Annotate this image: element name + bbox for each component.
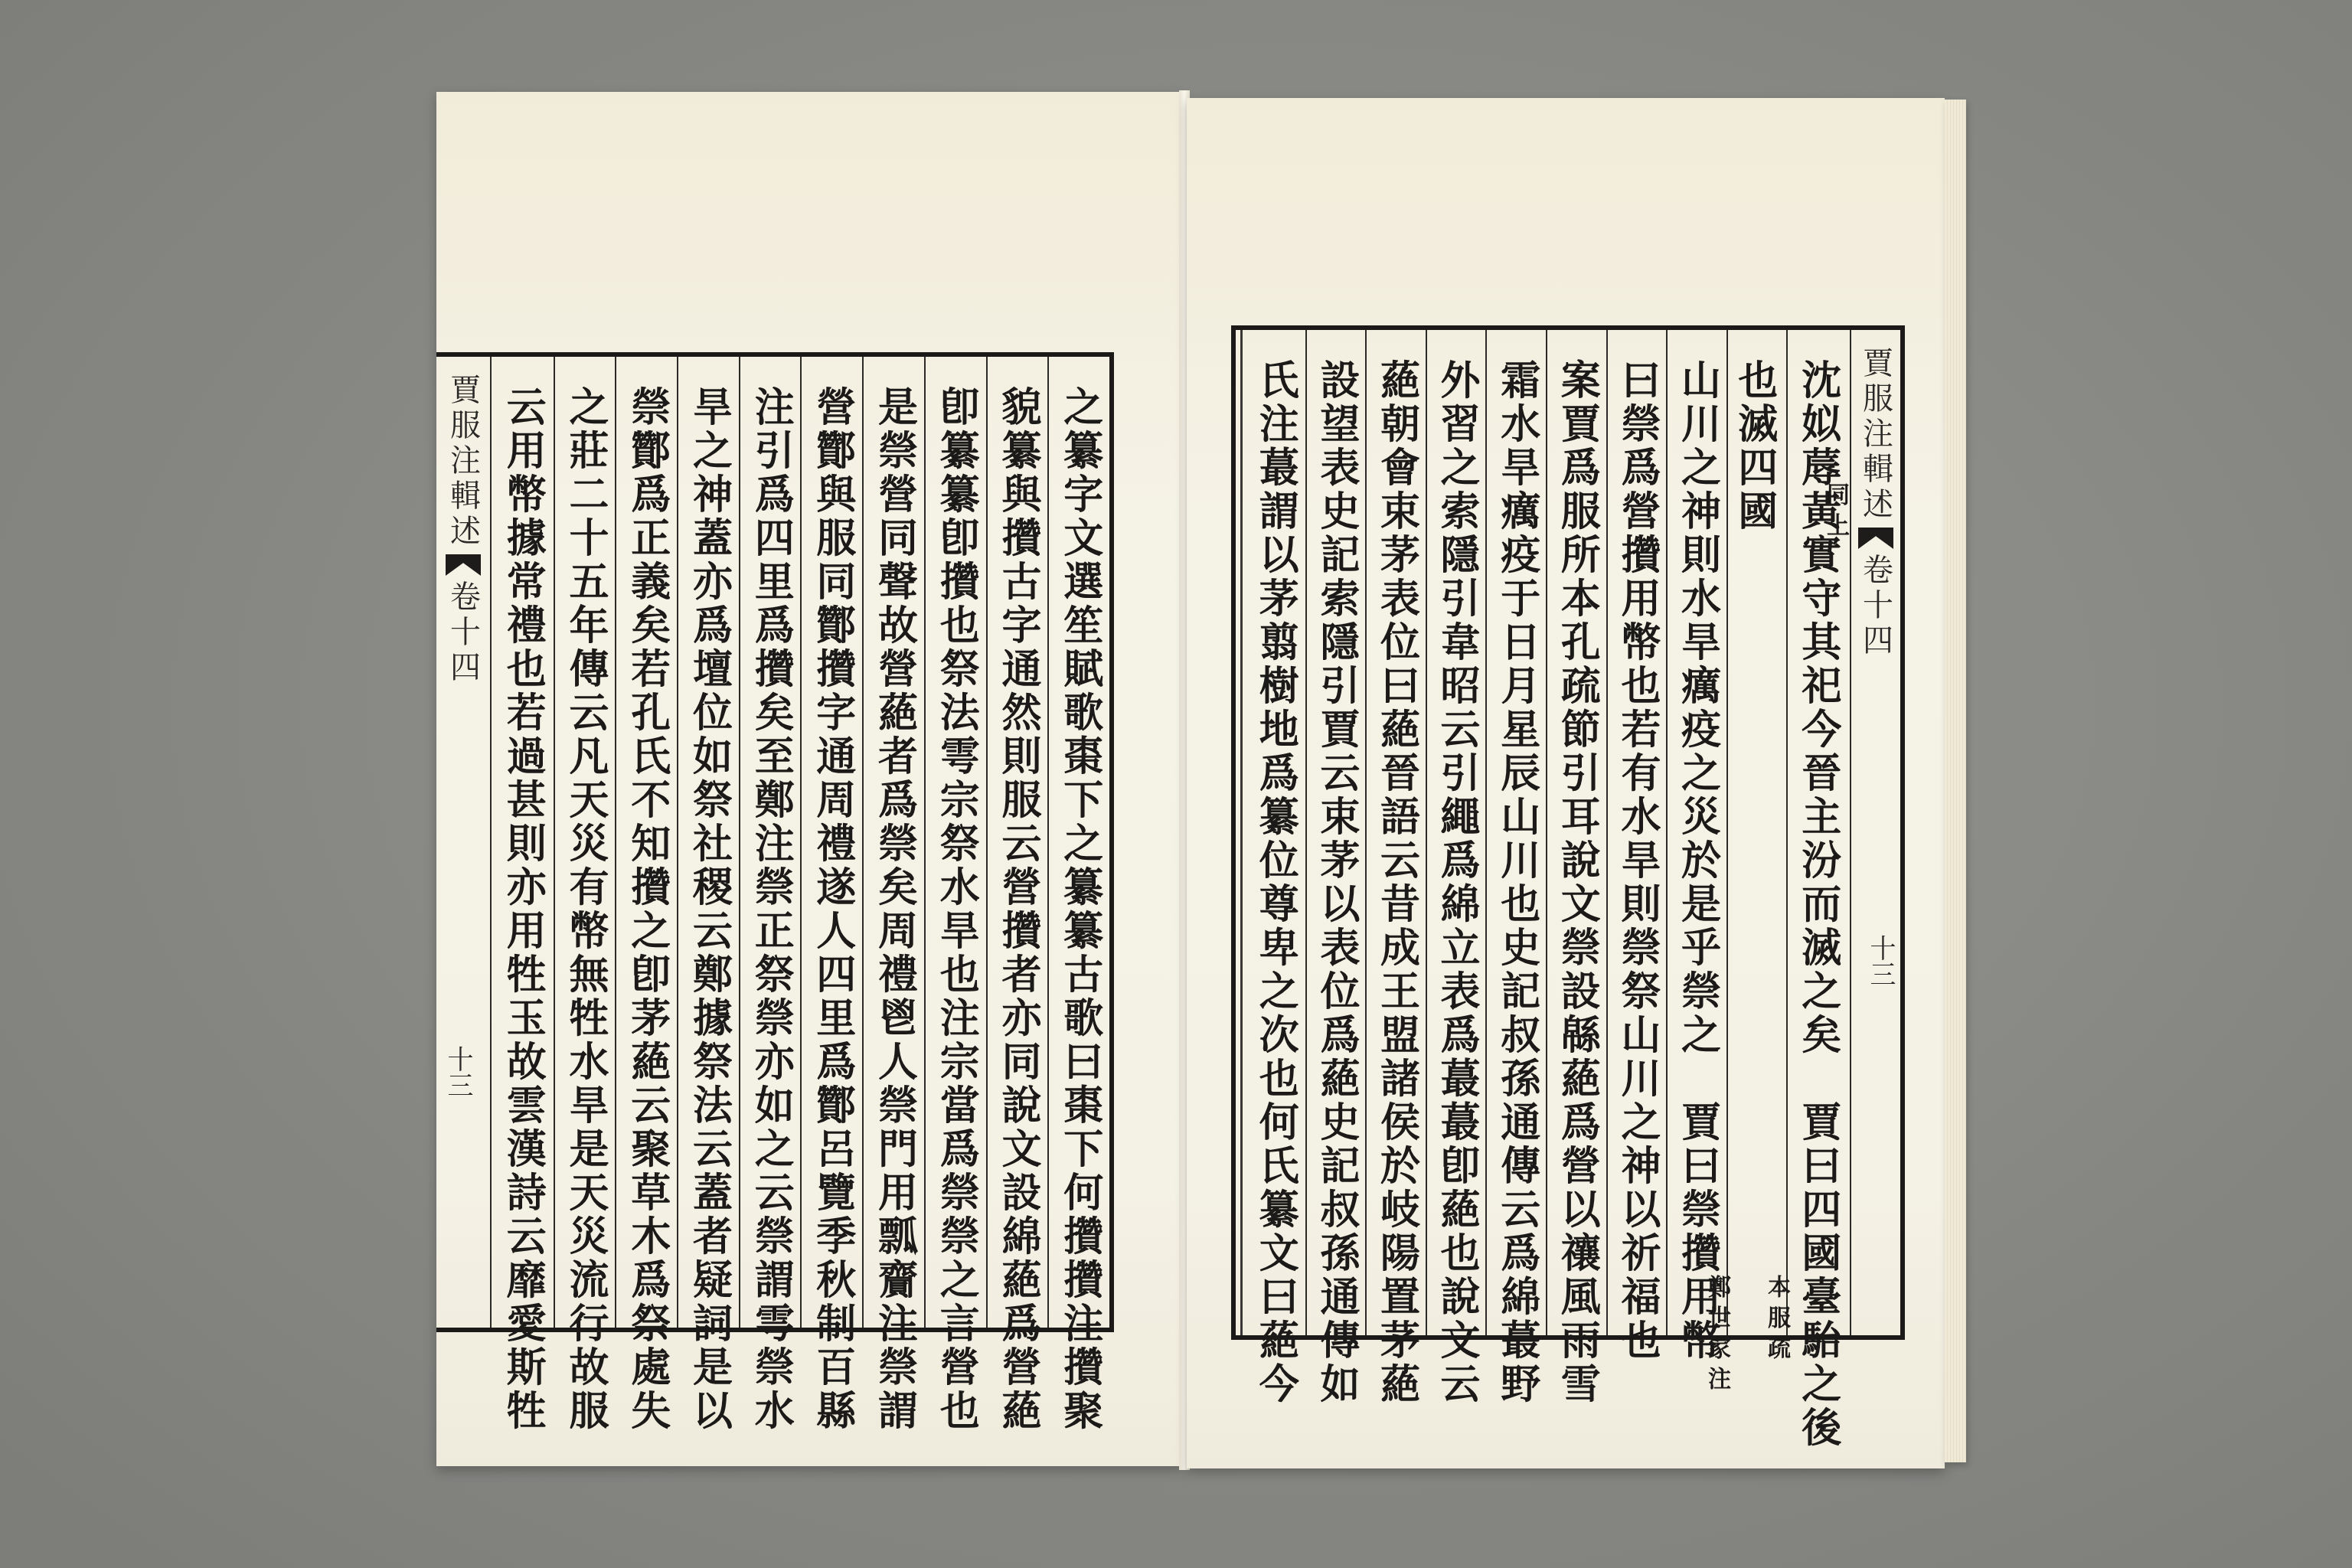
right-banxin-volume: 卷十四 — [1854, 554, 1898, 659]
text-column: 蕝朝會束茅表位曰蕝晉語云昔成王盟諸侯於岐陽置茅蕝 — [1365, 330, 1426, 1335]
right-banxin-title: 賈服注輯述 — [1854, 347, 1898, 523]
annotation-note: 本服疏 — [1759, 1275, 1793, 1367]
text-column: 是禜營同聲故營蕝者爲禜矣周禮鬯人禜門用瓢齎注禜謂 — [862, 357, 924, 1328]
text-column: 案賈爲服所本孔疏節引耳說文禜設緜蕝爲營以禳風雨雪 — [1546, 330, 1606, 1335]
left-banxin-title: 賈服注輯述 — [442, 374, 485, 550]
left-text-columns: 之纂字文選笙賦歌棗下之纂纂古歌曰棗下何攢攢注攢聚 貌纂與攢古字通然則服云營攢者亦… — [492, 357, 1109, 1328]
page-stack-edge — [1945, 100, 1966, 1462]
text-column: 也滅四國 — [1726, 330, 1787, 1335]
text-column: 禜酇爲正義矣若孔氏不知攢之卽茅蕝云聚草木爲祭處失 — [615, 357, 677, 1328]
left-page-text-frame: 賈服注輯述 卷十四 十三 之纂字文選笙賦歌棗下之纂纂古歌曰棗下何攢攢注攢聚 貌纂… — [436, 352, 1114, 1332]
left-banxin-page-number: 十三 — [439, 1046, 477, 1098]
text-column: 注引爲四里爲攢矣至鄭注禜正祭禜亦如之云禜謂雩禜水 — [739, 357, 801, 1328]
text-column: 山川之神則水旱癘疫之災於是乎禜之 賈曰禜攢用幣 — [1666, 330, 1726, 1335]
left-banxin: 賈服注輯述 卷十四 十三 — [436, 357, 492, 1328]
text-column: 營酇與服同酇攢字通周禮遂人四里爲酇呂覽季秋制百縣 — [800, 357, 862, 1328]
annotation-note: 同上 — [1818, 482, 1852, 544]
right-text-columns: 沈姒蓐黃實守其祀今晉主汾而滅之矣 賈曰四國臺駘之後 也滅四國 山川之神則水旱癘疫… — [1245, 330, 1847, 1335]
text-column: 氏注蕞謂以茅翦樹地爲纂位尊卑之次也何氏纂文曰蕝今 — [1245, 330, 1305, 1335]
left-banxin-volume: 卷十四 — [442, 580, 485, 686]
text-column: 設望表史記索隱引賈云束茅以表位爲蕝史記叔孫通傳如 — [1305, 330, 1366, 1335]
fishtail-mark-icon — [446, 554, 481, 576]
annotation-note: 鄭世家注 — [1700, 1275, 1733, 1397]
text-column: 貌纂與攢古字通然則服云營攢者亦同說文設綿蕝爲營蕝 — [986, 357, 1048, 1328]
fishtail-mark-icon — [1858, 528, 1893, 549]
text-column: 之莊二十五年傳云凡天災有幣無牲水旱是天災流行故服 — [554, 357, 616, 1328]
open-book-spread: 賈服注輯述 卷十四 十三 之纂字文選笙賦歌棗下之纂纂古歌曰棗下何攢攢注攢聚 貌纂… — [0, 0, 2352, 1568]
text-column: 霜水旱癘疫于日月星辰山川也史記叔孫通傳云爲綿蕞野 — [1485, 330, 1546, 1335]
right-banxin-page-number: 十三 — [1862, 935, 1900, 987]
text-column: 旱之神蓋亦爲壇位如祭社稷云鄭據祭法云蓋者疑詞是以 — [677, 357, 739, 1328]
text-column: 外習之索隱引韋昭云引繩爲綿立表爲蕞蕞卽蕝也說文云 — [1426, 330, 1486, 1335]
text-column: 云用幣據常禮也若過甚則亦用牲玉故雲漢詩云靡愛斯牲 — [492, 357, 554, 1328]
text-column: 卽纂纂卽攢也祭法雩宗祭水旱也注宗當爲禜禜之言營也 — [924, 357, 986, 1328]
text-column: 沈姒蓐黃實守其祀今晉主汾而滅之矣 賈曰四國臺駘之後 — [1786, 330, 1847, 1335]
right-page-text-frame: 沈姒蓐黃實守其祀今晉主汾而滅之矣 賈曰四國臺駘之後 也滅四國 山川之神則水旱癘疫… — [1231, 325, 1905, 1340]
text-column: 曰禜爲營攢用幣也若有水旱則禜祭山川之神以祈福也 — [1606, 330, 1667, 1335]
text-column: 之纂字文選笙賦歌棗下之纂纂古歌曰棗下何攢攢注攢聚 — [1047, 357, 1109, 1328]
right-banxin: 賈服注輯述 卷十四 十三 — [1850, 330, 1900, 1335]
